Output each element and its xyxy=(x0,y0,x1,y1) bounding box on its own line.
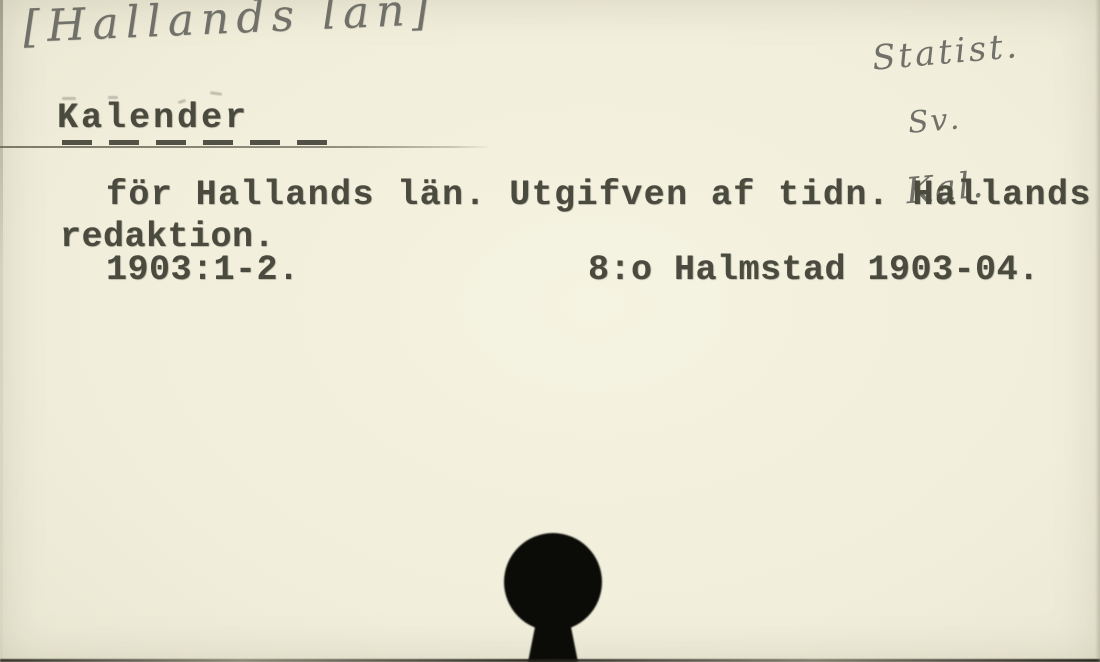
card-title: Kalender xyxy=(57,101,249,136)
catalog-card: [Hallands län] Statist. Sv. Kal. Kalende… xyxy=(0,0,1100,662)
card-right-edge xyxy=(1095,0,1100,662)
ruled-line xyxy=(0,146,492,148)
classification-line-2: Sv. xyxy=(907,99,1027,139)
classification-line-1: Statist. xyxy=(871,29,1021,76)
card-left-edge xyxy=(0,0,3,662)
handwritten-subject-heading: [Hallands län] xyxy=(22,0,437,50)
entry-holdings: 1903:1-2. xyxy=(106,253,300,288)
entry-imprint: 8:o Halmstad 1903-04. xyxy=(588,253,1040,288)
title-dashed-underline xyxy=(62,140,327,145)
pencil-smudge xyxy=(210,91,222,96)
entry-line-1: för Hallands län. Utgifven af tidn. Hall… xyxy=(106,178,1092,213)
